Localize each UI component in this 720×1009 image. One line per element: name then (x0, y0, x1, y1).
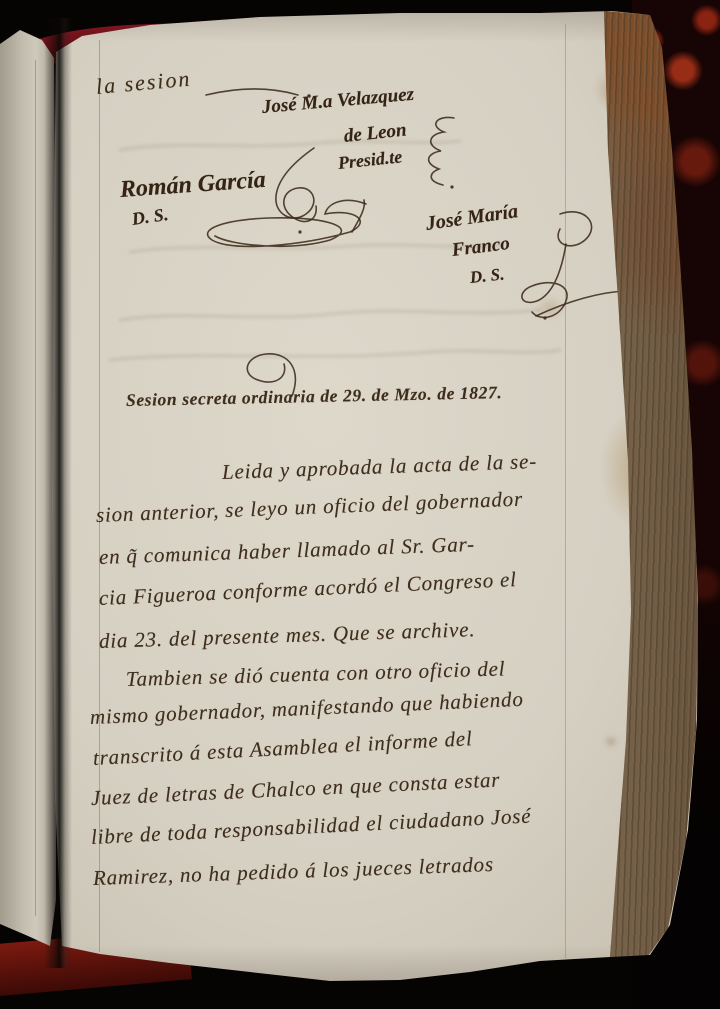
signature-garcia-title: D. S. (131, 204, 170, 230)
signature-franco-title: D. S. (469, 264, 505, 287)
rubric-dot (450, 185, 453, 188)
bleedthrough-stroke (120, 141, 460, 150)
bleedthrough-stroke (130, 245, 500, 252)
foxing-stain (536, 296, 564, 320)
signature-franco-line2: Franco (451, 233, 511, 262)
marginalia-note: la sesion (95, 66, 193, 100)
rubric-flourish-garcia (208, 200, 366, 246)
paragraph-line: mismo gobernador, manifestando que habie… (89, 687, 524, 730)
signature-president-line1: José M.a Velazquez (261, 84, 415, 119)
manuscript-page: la sesion José M.a Velazquez de Leon Pre… (0, 0, 720, 1009)
gutter-shadow (44, 18, 72, 968)
signature-franco-line1: José María (424, 200, 519, 236)
paragraph-line: sion anterior, se leyo un oficio del gob… (96, 487, 524, 528)
paragraph-line: transcrito á esta Asamblea el informe de… (92, 726, 473, 771)
paragraph-line: Ramirez, no ha pedido á los jueces letra… (93, 852, 495, 891)
rubric-flourish-garcia (352, 200, 364, 232)
manuscript-photo: la sesion José M.a Velazquez de Leon Pre… (0, 0, 720, 1009)
paragraph-line: Leida y aprobada la acta de la se- (222, 449, 538, 485)
paragraph-line: dia 23. del presente mes. Que se archive… (99, 617, 476, 654)
rubric-flourish-president-right (429, 117, 454, 185)
paragraph-line: Tambien se dió cuenta con otro oficio de… (126, 656, 506, 692)
rubric-flourish-franco (558, 212, 591, 246)
signature-president-line2: de Leon (343, 119, 408, 147)
bleedthrough-stroke (110, 350, 560, 360)
paragraph-line: cia Figueroa conforme acordó el Congreso… (98, 567, 517, 611)
bleedthrough-stroke (120, 310, 540, 320)
paragraph-line: en q̃ comunica haber llamado al Sr. Gar- (99, 532, 476, 570)
session-heading: Sesion secreta ordinaria de 29. de Mzo. … (126, 382, 503, 411)
paragraph-line: Juez de letras de Chalco en que consta e… (90, 767, 500, 811)
rubric-flourish-president-left (276, 148, 316, 222)
paragraph-line: libre de toda responsabilidad el ciudada… (90, 803, 532, 850)
foxing-stain (604, 736, 618, 747)
signature-president-line3: Presid.te (337, 146, 403, 174)
rubric-dot (298, 230, 301, 233)
margin-rule-left (99, 40, 100, 952)
signature-garcia-name: Román García (119, 167, 267, 204)
facing-margin-rule (35, 60, 36, 916)
margin-rule-right (565, 24, 566, 958)
